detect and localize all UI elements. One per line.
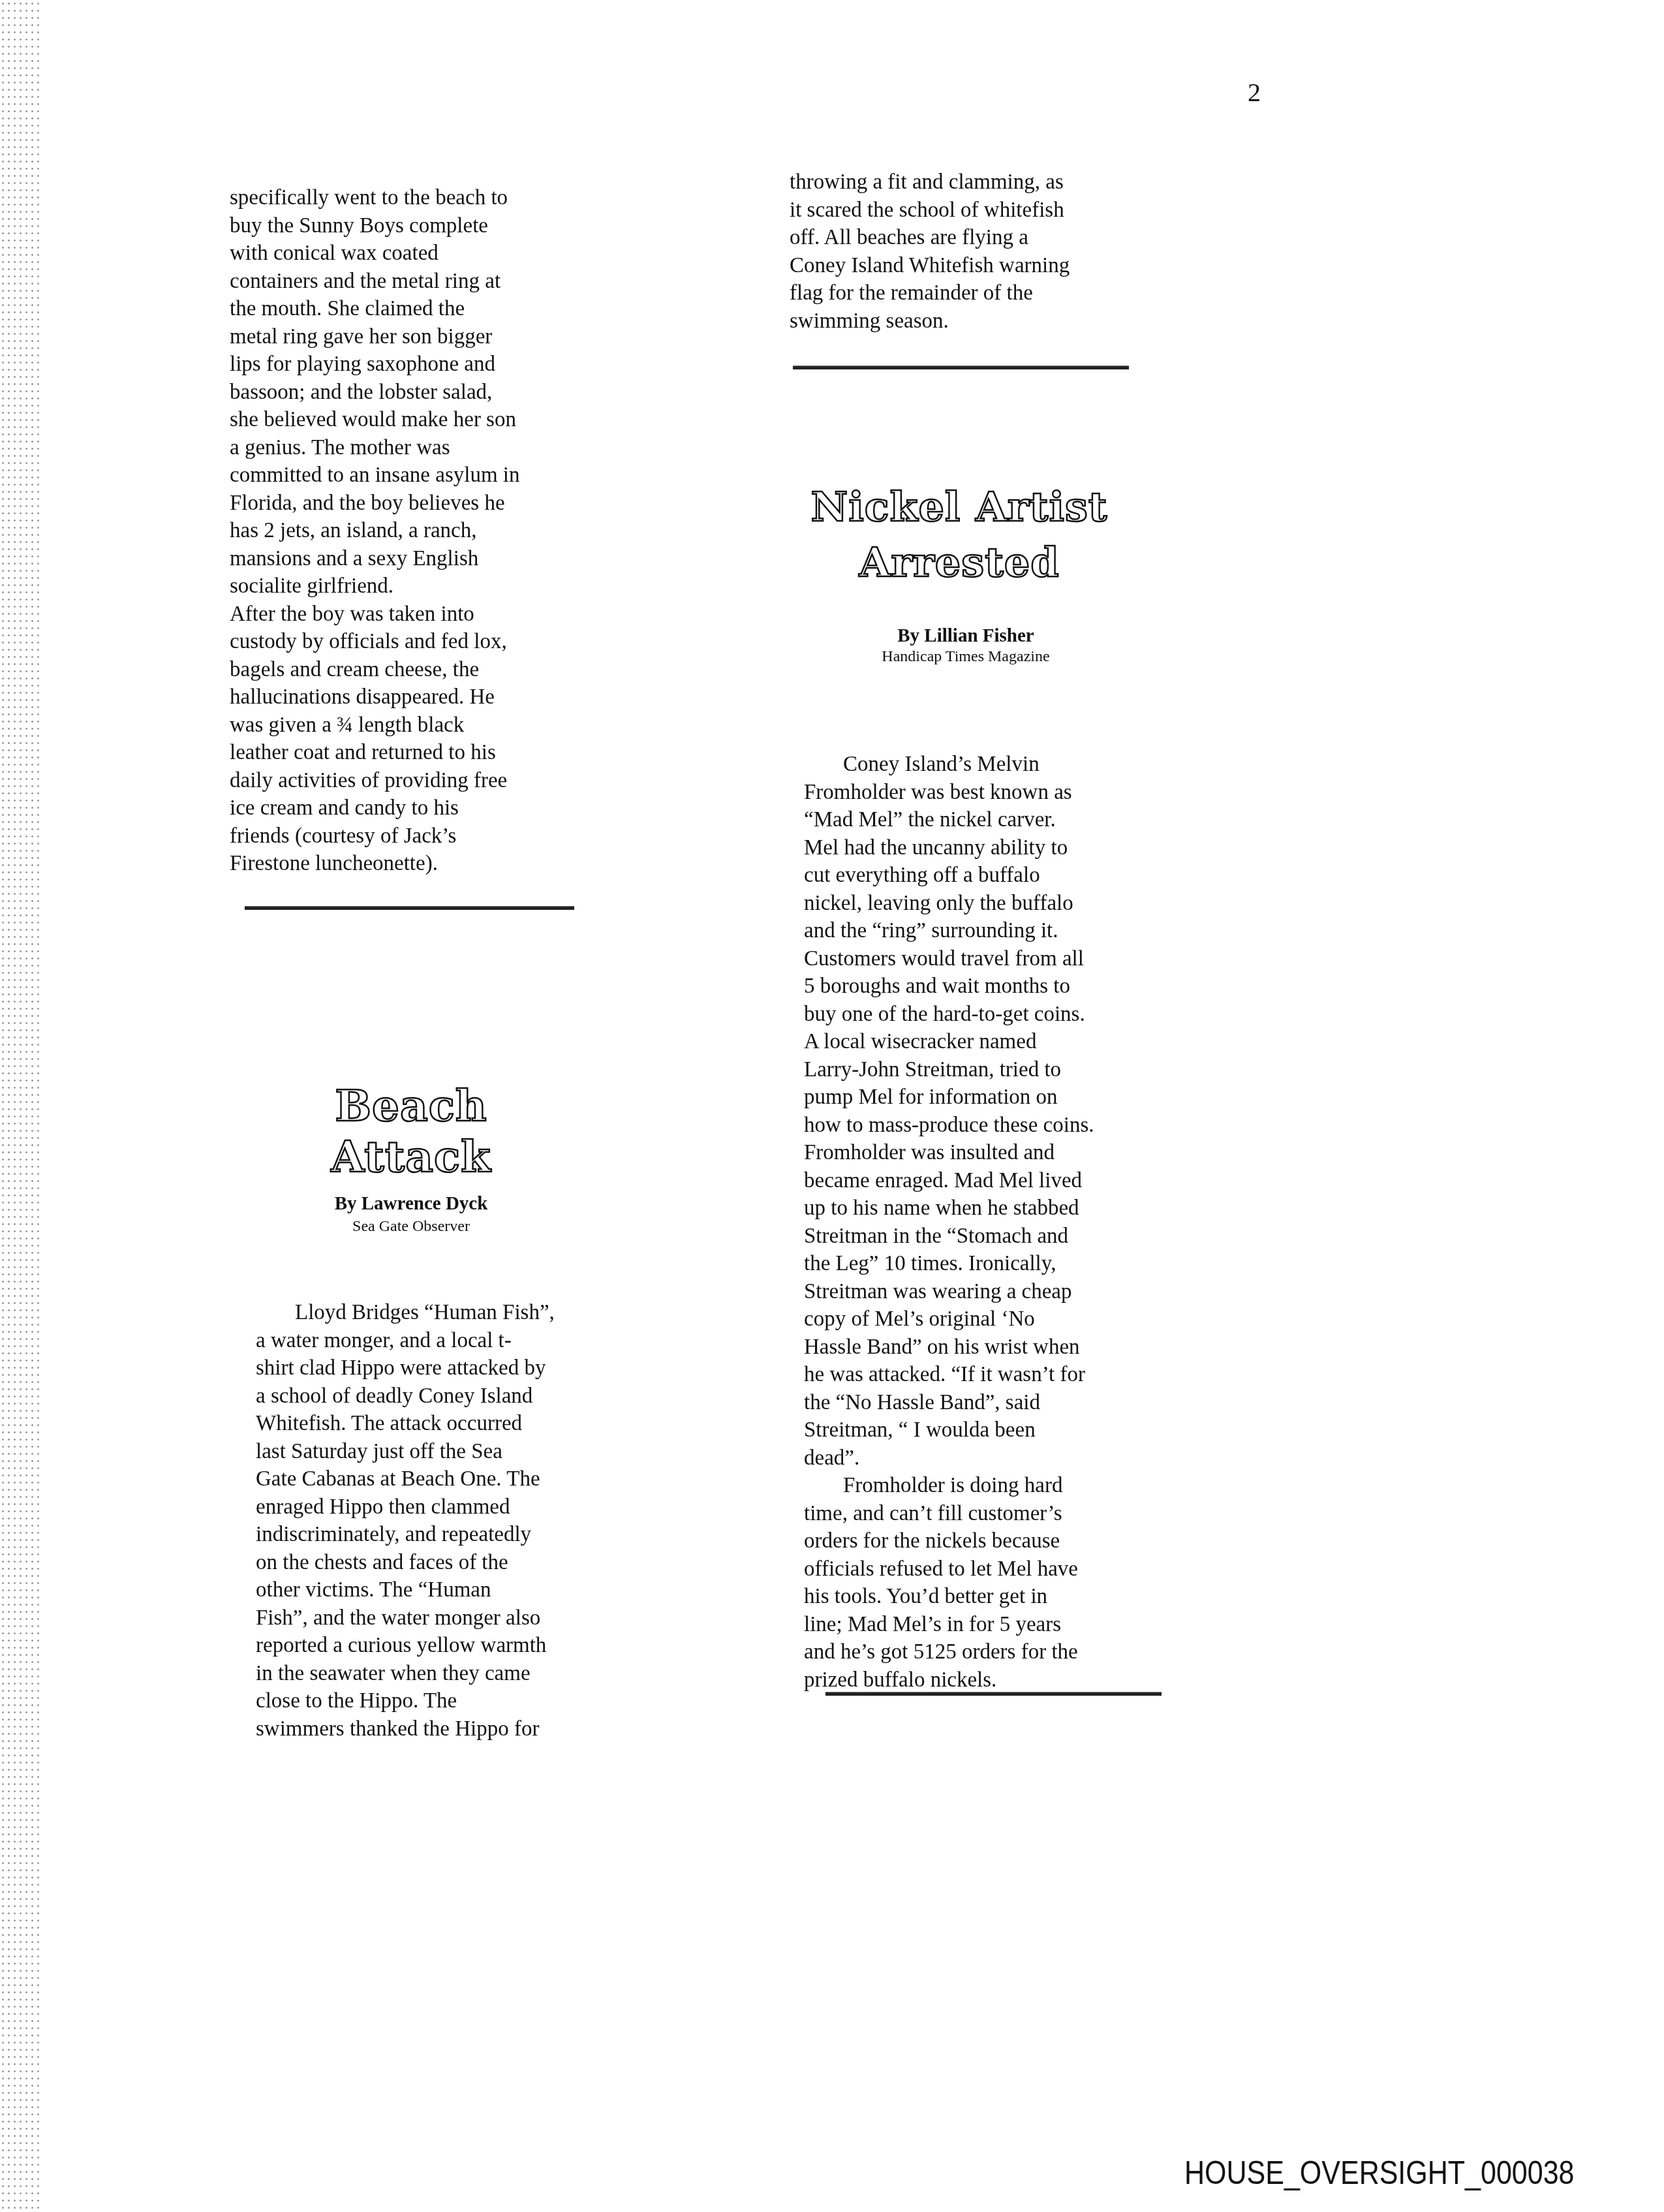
section-divider [245,906,574,910]
article-body-nickel-artist: Coney Island’s Melvin Fromholder was bes… [804,751,1176,1694]
headline-nickel-artist-line2: Arrested [803,538,1116,586]
right-continued-article: throwing a fit and clamming, as it scare… [790,168,1155,335]
paragraph: After the boy was taken into custody by … [230,600,595,878]
paragraph: specifically went to the beach to buy th… [230,184,595,600]
section-divider [825,1692,1162,1696]
page-number: 2 [1248,77,1261,108]
byline: By Lawrence Dyck [248,1193,574,1215]
publication-name: Handicap Times Magazine [803,648,1129,666]
paragraph: Fromholder is doing hard time, and can’t… [804,1472,1176,1694]
left-continued-article: specifically went to the beach to buy th… [230,184,595,878]
paragraph: Coney Island’s Melvin Fromholder was bes… [804,751,1176,1472]
bates-footer: HOUSE_OVERSIGHT_000038 [1184,2154,1574,2192]
scan-edge-noise [0,0,39,2212]
paragraph: throwing a fit and clamming, as it scare… [790,168,1155,335]
paragraph: Lloyd Bridges “Human Fish”, a water mong… [256,1299,608,1743]
byline: By Lillian Fisher [803,625,1129,647]
publication-name: Sea Gate Observer [248,1218,574,1236]
article-body-beach-attack: Lloyd Bridges “Human Fish”, a water mong… [256,1299,608,1743]
headline-nickel-artist-line1: Nickel Artist [803,483,1116,531]
section-divider [793,366,1129,369]
headline-beach-attack: Beach Attack [248,1080,574,1182]
